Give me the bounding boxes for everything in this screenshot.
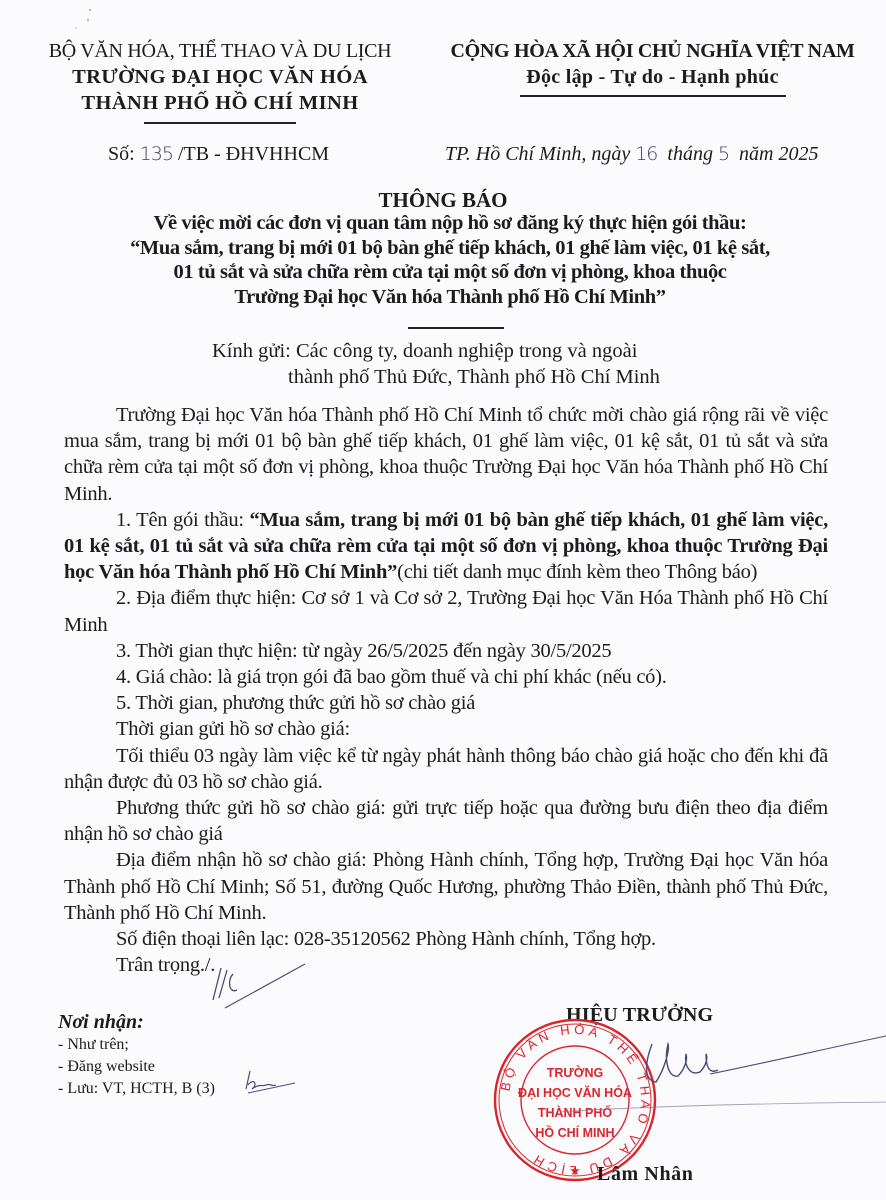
motto-underline <box>520 95 786 97</box>
issuer-header: BỘ VĂN HÓA, THỂ THAO VÀ DU LỊCH TRƯỜNG Đ… <box>20 38 420 124</box>
title-separator <box>408 327 504 329</box>
distribution-list: Nơi nhận: - Như trên; - Đăng website - L… <box>58 1010 215 1100</box>
document-subject: Về việc mời các đơn vị quan tâm nộp hồ s… <box>60 211 840 309</box>
subject-line: Về việc mời các đơn vị quan tâm nộp hồ s… <box>60 211 840 236</box>
signature-handwriting <box>560 1030 886 1120</box>
contact-phone: Số điện thoại liên lạc: 028-35120562 Phò… <box>64 926 828 952</box>
subject-line: Trường Đại học Văn hóa Thành phố Hồ Chí … <box>60 285 840 310</box>
distribution-item: - Đăng website <box>58 1056 215 1078</box>
reference-number: Số: 135 /TB - ĐHVHHCM <box>108 143 329 166</box>
date-year: năm 2025 <box>729 143 818 165</box>
distribution-item: - Như trên; <box>58 1034 215 1056</box>
distribution-heading: Nơi nhận: <box>58 1010 215 1034</box>
item-price: 4. Giá chào: là giá trọn gói đã bao gồm … <box>64 664 828 690</box>
nation-name: CỘNG HÒA XÃ HỘI CHỦ NGHĨA VIỆT NAM <box>430 38 875 64</box>
signer-name: Lâm Nhân <box>597 1163 694 1186</box>
addressee-line2: thành phố Thủ Đức, Thành phố Hồ Chí Minh <box>288 366 660 389</box>
item-note: (chi tiết danh mục đính kèm theo Thông b… <box>397 561 757 583</box>
date-day-handwritten: 16 <box>635 143 657 165</box>
national-motto: Độc lập - Tự do - Hạnh phúc <box>430 64 875 90</box>
svg-text:★: ★ <box>569 1163 581 1178</box>
school-name-line1: TRƯỜNG ĐẠI HỌC VĂN HÓA <box>20 64 420 90</box>
subject-line: “Mua sắm, trang bị mới 01 bộ bàn ghế tiế… <box>60 236 840 261</box>
submission-time-label: Thời gian gửi hồ sơ chào giá: <box>64 716 828 742</box>
date-month-label: tháng <box>657 143 718 165</box>
submission-time-text: Tối thiểu 03 ngày làm việc kể từ ngày ph… <box>64 743 828 795</box>
reference-suffix: /TB - ĐHVHHCM <box>173 143 329 165</box>
reference-number-handwritten: 135 <box>140 143 173 165</box>
item-location: 2. Địa điểm thực hiện: Cơ sở 1 và Cơ sở … <box>64 585 828 637</box>
header-underline <box>144 122 296 124</box>
document-title: THÔNG BÁO <box>0 188 886 213</box>
issue-date: TP. Hồ Chí Minh, ngày 16 tháng 5 năm 202… <box>445 143 819 166</box>
subject-line: 01 tủ sắt và sửa chữa rèm cửa tại một số… <box>60 260 840 285</box>
intro-paragraph: Trường Đại học Văn hóa Thành phố Hồ Chí … <box>64 402 828 507</box>
document-body: Trường Đại học Văn hóa Thành phố Hồ Chí … <box>64 402 828 978</box>
addressee-line1: Kính gửi: Các công ty, doanh nghiệp tron… <box>212 340 637 363</box>
submission-location-text: Địa điểm nhận hồ sơ chào giá: Phòng Hành… <box>64 847 828 926</box>
school-name-line2: THÀNH PHỐ HỒ CHÍ MINH <box>20 90 420 116</box>
ministry-name: BỘ VĂN HÓA, THỂ THAO VÀ DU LỊCH <box>20 38 420 64</box>
distribution-item: - Lưu: VT, HCTH, B (3) <box>58 1078 215 1100</box>
date-month-handwritten: 5 <box>718 143 729 165</box>
item-duration: 3. Thời gian thực hiện: từ ngày 26/5/202… <box>64 638 828 664</box>
national-header: CỘNG HÒA XÃ HỘI CHỦ NGHĨA VIỆT NAM Độc l… <box>430 38 875 97</box>
initials-handwriting <box>205 960 315 1010</box>
date-place: TP. Hồ Chí Minh, ngày <box>445 143 635 165</box>
submission-method-text: Phương thức gửi hồ sơ chào giá: gửi trực… <box>64 795 828 847</box>
closing: Trân trọng./. <box>64 952 828 978</box>
item-label: 1. Tên gói thầu: <box>116 509 249 531</box>
filing-initials-handwriting <box>240 1065 300 1095</box>
scan-specks <box>70 6 110 36</box>
item-submission: 5. Thời gian, phương thức gửi hồ sơ chào… <box>64 690 828 716</box>
item-package-name: 1. Tên gói thầu: “Mua sắm, trang bị mới … <box>64 507 828 586</box>
reference-prefix: Số: <box>108 143 140 165</box>
